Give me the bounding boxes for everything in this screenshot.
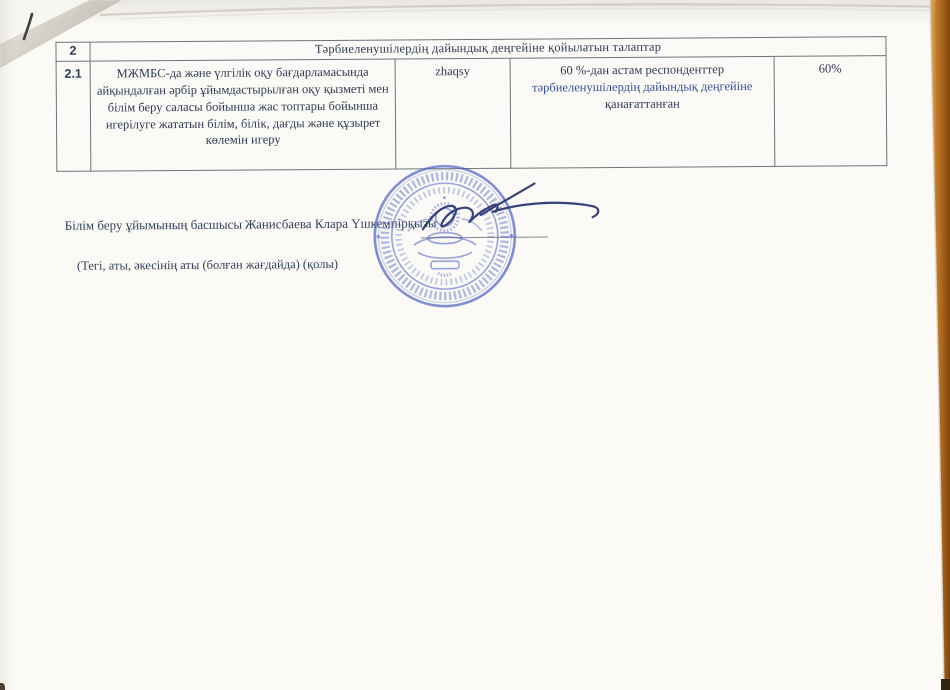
result-cell: 60 %-дан астам респонденттер тәрбиеленуш… [510, 56, 775, 168]
row-number: 2.1 [56, 61, 91, 171]
criteria-cell: МЖМБС-да және үлгілік оқу бағдарламасынд… [90, 59, 396, 171]
scan-speck [0, 683, 5, 690]
requirements-table: 2 Тәрбиеленушілердің дайындық деңгейіне … [55, 36, 887, 172]
row-number: 2 [56, 42, 90, 61]
percent-cell: 60% [774, 55, 887, 166]
scanned-document-page: 2 Тәрбиеленушілердің дайындық деңгейіне … [0, 0, 950, 690]
signature-caption: (Тегі, аты, әкесінің аты (болған жағдайд… [77, 257, 338, 274]
scan-right-edge-wood [925, 0, 950, 690]
signatory-role: Білім беру ұйымының басшысы [65, 217, 243, 234]
table-row: 2.1 МЖМБС-да және үлгілік оқу бағдарлама… [56, 55, 887, 171]
result-line: 60 %-дан астам респонденттер [515, 61, 770, 80]
result-line: қанағаттанған [515, 95, 770, 114]
document-content: 2 Тәрбиеленушілердің дайындық деңгейіне … [0, 0, 950, 690]
result-line: тәрбиеленушілердің дайындық деңгейіне [515, 78, 770, 97]
rating-cell: zhaqsy [395, 58, 511, 169]
handwritten-signature [392, 174, 618, 256]
